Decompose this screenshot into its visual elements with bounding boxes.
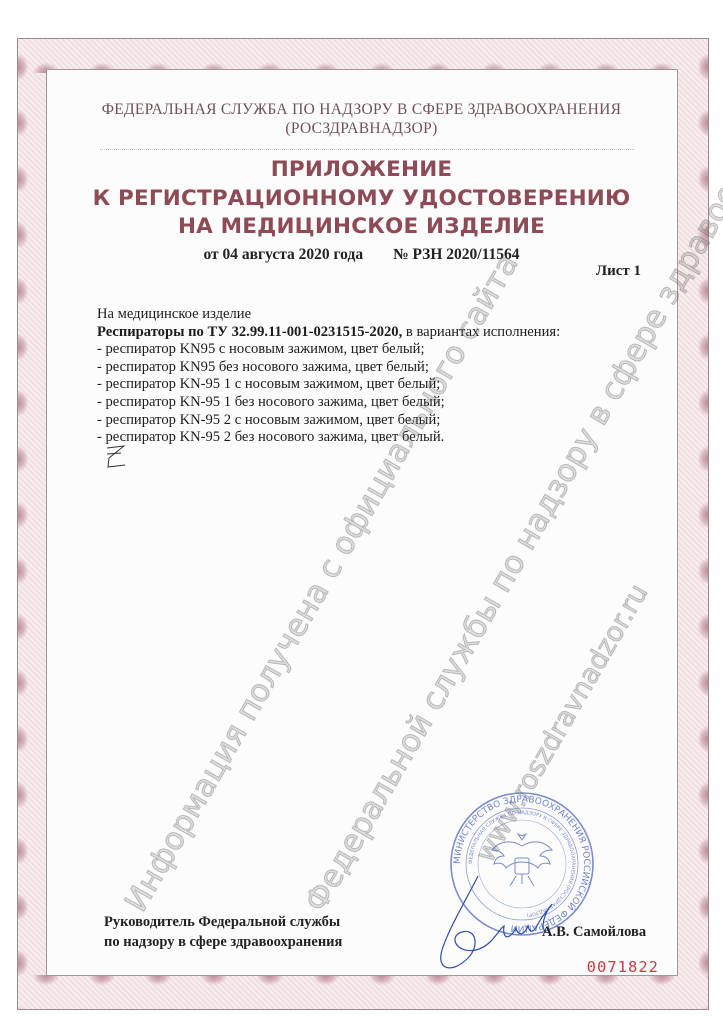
- handwritten-z-mark: [104, 444, 128, 470]
- variant-item: - респиратор KN95 с носовым зажимом, цве…: [97, 341, 560, 359]
- document-subtitle-1: К РЕГИСТРАЦИОННОМУ УДОСТОВЕРЕНИЮ: [0, 186, 723, 211]
- document-body: На медицинское изделие Респираторы по ТУ…: [97, 306, 560, 447]
- document-title: ПРИЛОЖЕНИЕ: [0, 157, 723, 182]
- document-subtitle-2: НА МЕДИЦИНСКОЕ ИЗДЕЛИЕ: [0, 214, 723, 239]
- agency-name: ФЕДЕРАЛЬНАЯ СЛУЖБА ПО НАДЗОРУ В СФЕРЕ ЗД…: [0, 101, 723, 119]
- signatory-name: А.В. Самойлова: [542, 924, 646, 941]
- product-name: Респираторы по ТУ 32.99.11-001-0231515-2…: [97, 324, 402, 340]
- registration-line: от 04 августа 2020 года№ РЗН 2020/11564: [0, 246, 723, 264]
- variant-item: - респиратор KN-95 1 без носового зажима…: [97, 394, 560, 412]
- signatory-title-line1: Руководитель Федеральной службы: [104, 912, 342, 932]
- agency-abbreviation: (РОСЗДРАВНАДЗОР): [0, 120, 723, 138]
- registration-date: от 04 августа 2020 года: [204, 246, 364, 263]
- signatory-title: Руководитель Федеральной службы по надзо…: [104, 912, 342, 952]
- variant-item: - респиратор KN-95 2 без носового зажима…: [97, 429, 560, 447]
- signatory-title-line2: по надзору в сфере здравоохранения: [104, 932, 342, 952]
- variant-item: - респиратор KN95 без носового зажима, ц…: [97, 359, 560, 377]
- variant-item: - респиратор KN-95 1 с носовым зажимом, …: [97, 376, 560, 394]
- serial-number: 0071822: [587, 958, 659, 976]
- variant-item: - респиратор KN-95 2 с носовым зажимом, …: [97, 412, 560, 430]
- sheet-number: Лист 1: [596, 263, 641, 280]
- divider: [100, 149, 635, 150]
